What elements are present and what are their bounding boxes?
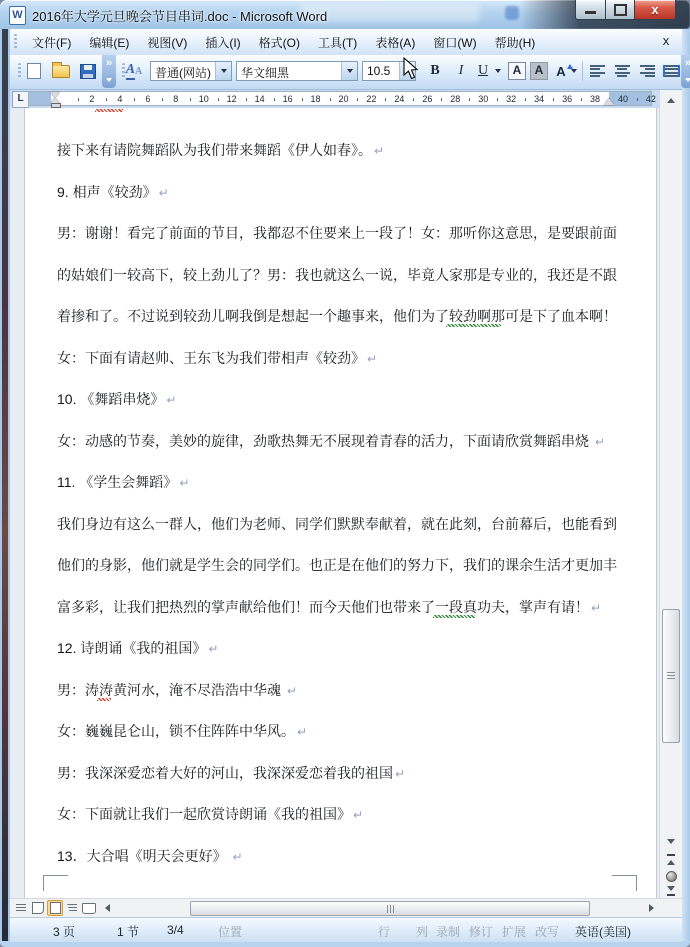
distributed-justify-icon xyxy=(663,65,680,77)
maximize-button[interactable] xyxy=(606,0,634,20)
tab-selector-button[interactable]: L xyxy=(12,91,29,108)
align-left-icon xyxy=(590,65,605,77)
status-page-of-total: 3/4 xyxy=(167,923,184,937)
chevron-down-icon xyxy=(106,78,112,82)
thumb-grip-icon xyxy=(667,672,675,680)
font-combobox[interactable]: 华文细黑 xyxy=(236,61,358,81)
reading-layout-icon xyxy=(82,903,96,914)
open-folder-icon xyxy=(52,65,70,78)
ruler-tick xyxy=(246,98,247,101)
ruler-tick xyxy=(637,98,638,101)
double-arrow-up-icon xyxy=(667,860,675,865)
outline-view-button[interactable] xyxy=(64,900,80,916)
document-line: 女：巍巍昆仑山，锁不住阵阵中华风。↵ xyxy=(57,721,632,741)
line-text: 10. 《舞蹈串烧》 xyxy=(57,391,164,407)
ruler-number: 18 xyxy=(308,94,324,104)
italic-button[interactable]: I xyxy=(450,60,472,82)
paragraph-mark: ↵ xyxy=(159,186,169,200)
mouse-cursor xyxy=(403,57,420,86)
ruler-tick xyxy=(385,98,386,101)
close-button[interactable]: x xyxy=(634,0,676,20)
ruler-number: 38 xyxy=(587,94,603,104)
ruler-number: 2 xyxy=(84,94,100,104)
line-text: 富多彩，让我们把热烈的掌声献给他们！而今天他们也带来了一段真功夫，掌声有请！ xyxy=(57,599,589,615)
ruler-tick xyxy=(553,98,554,101)
overflow-chevron-icon: » xyxy=(681,58,690,69)
background-window-icon-blur xyxy=(505,6,519,20)
print-layout-icon xyxy=(50,902,61,914)
word-window: W 2016年大学元旦晚会节目串词.doc - Microsoft Word x… xyxy=(0,0,690,947)
normal-view-button[interactable] xyxy=(13,900,29,916)
paragraph-mark: ↵ xyxy=(353,808,363,822)
next-page-button[interactable] xyxy=(662,882,680,898)
minimize-button[interactable] xyxy=(575,0,606,20)
chevron-down-icon xyxy=(221,69,227,73)
menu-item[interactable]: 表格(A) xyxy=(366,30,424,55)
save-button[interactable] xyxy=(77,60,99,82)
ruler-tick xyxy=(134,98,135,101)
window-title: 2016年大学元旦晚会节目串词.doc - Microsoft Word xyxy=(32,6,327,25)
paragraph-mark: ↵ xyxy=(179,476,189,490)
status-extend-selection[interactable]: 扩展 xyxy=(502,923,526,940)
chevron-down-icon xyxy=(571,69,577,73)
character-shading-button[interactable]: A xyxy=(528,60,550,82)
style-value: 普通(网站) xyxy=(151,62,215,80)
document-line: 的姑娘们一较高下，较上劲儿了？男：我也就这么一说，毕竟人家那是专业的，我还是不跟 xyxy=(57,265,632,285)
vertical-scroll-thumb[interactable] xyxy=(662,609,680,743)
horizontal-scroll-thumb[interactable] xyxy=(190,901,590,916)
menu-item[interactable]: 视图(V) xyxy=(138,30,196,55)
italic-icon: I xyxy=(459,63,464,79)
ruler-tick xyxy=(357,98,358,101)
style-combobox[interactable]: 普通(网站) xyxy=(150,61,232,81)
paragraph-mark: ↵ xyxy=(166,393,176,407)
minimize-icon xyxy=(585,11,596,14)
status-column: 列 xyxy=(416,923,428,940)
line-text: 11. 《学生会舞蹈》 xyxy=(57,474,177,490)
menu-item[interactable]: 格式(O) xyxy=(250,30,309,55)
spellcheck-squiggle xyxy=(97,698,111,701)
chevron-down-icon xyxy=(685,78,690,82)
line-text: 他们的身影，他们就是学生会的同学们。也正是在他们的努力下，我们的课余生活才更加丰 xyxy=(57,557,617,573)
ruler-tick xyxy=(162,98,163,101)
double-arrow-down-icon xyxy=(667,886,675,891)
paragraph-mark: ↵ xyxy=(287,684,297,698)
styles-icon: A xyxy=(126,62,135,80)
document-viewport: 接下来有请院舞蹈队为我们带来舞蹈《伊人如春》。↵9. 相声《较劲》↵男：谢谢！看… xyxy=(10,108,659,898)
document-line: 男：谢谢！看完了前面的节目，我都忍不住要来上一段了！女：那听你这意思，是要跟前面 xyxy=(57,223,632,243)
document-line: 12. 诗朗诵《我的祖国》↵ xyxy=(57,638,632,658)
status-record-macro[interactable]: 录制 xyxy=(436,923,460,940)
toolbar-row: » AA 普通(网站) 华文细黑 10.5 B I U A A xyxy=(10,55,682,90)
paragraph-mark: ↵ xyxy=(232,850,242,864)
document-line: 13．大合唱《明天会更好》 ↵ xyxy=(57,846,632,866)
menu-bar: 文件(F)编辑(E)视图(V)插入(I)格式(O)工具(T)表格(A)窗口(W)… xyxy=(10,29,682,56)
ruler-number: 40 xyxy=(615,94,631,104)
paragraph-mark: ↵ xyxy=(208,642,218,656)
align-center-button[interactable] xyxy=(611,60,633,82)
vertical-scrollbar[interactable] xyxy=(659,90,682,898)
distributed-justify-button[interactable] xyxy=(660,60,682,82)
styles-and-formatting-button[interactable]: AA xyxy=(123,60,145,82)
chevron-down-icon xyxy=(495,69,501,73)
ruler-left-margin-shade xyxy=(29,92,51,105)
ruler-tick xyxy=(581,98,582,101)
margin-corner-mark-left xyxy=(43,875,68,891)
ruler-number: 8 xyxy=(168,94,184,104)
character-border-button[interactable]: A xyxy=(506,60,528,82)
window-border-left-shadow xyxy=(2,29,8,941)
print-layout-view-button[interactable] xyxy=(47,900,63,916)
character-shading-icon: A xyxy=(530,62,548,80)
ruler-tick xyxy=(274,98,275,101)
spellcheck-squiggle xyxy=(95,109,123,112)
bold-icon: B xyxy=(430,63,439,79)
ruler-tick xyxy=(413,98,414,101)
document-line: 10. 《舞蹈串烧》↵ xyxy=(57,389,632,409)
line-text: 女：下面就让我们一起欣赏诗朗诵《我的祖国》 xyxy=(57,806,351,822)
ruler-number: 16 xyxy=(280,94,296,104)
web-layout-view-button[interactable] xyxy=(30,900,46,916)
titlebar[interactable]: W 2016年大学元旦晚会节目串词.doc - Microsoft Word x xyxy=(0,0,690,29)
ruler-number: 22 xyxy=(363,94,379,104)
status-language[interactable]: 英语(美国) xyxy=(575,923,631,940)
spellcheck-squiggle xyxy=(446,324,501,327)
paragraph-mark: ↵ xyxy=(395,767,405,781)
document-line: 接下来有请院舞蹈队为我们带来舞蹈《伊人如春》。↵ xyxy=(57,140,632,160)
font-size-value: 10.5 xyxy=(363,62,399,80)
font-combo-arrow[interactable] xyxy=(341,62,357,80)
character-scaling-icon: A xyxy=(556,64,565,79)
client-area: 文件(F)编辑(E)视图(V)插入(I)格式(O)工具(T)表格(A)窗口(W)… xyxy=(10,29,682,941)
status-track-changes[interactable]: 修订 xyxy=(469,923,493,940)
document-line: 女：动感的节奏，美妙的旋律，劲歌热舞无不展现着青春的活力，下面请欣赏舞蹈串烧 ↵ xyxy=(57,431,632,451)
bold-button[interactable]: B xyxy=(424,60,446,82)
paragraph-mark: ↵ xyxy=(595,435,605,449)
style-combo-arrow[interactable] xyxy=(215,62,231,80)
ruler-number: 34 xyxy=(531,94,547,104)
paragraph-mark: ↵ xyxy=(591,601,601,615)
ruler-number: 12 xyxy=(224,94,240,104)
document-page[interactable]: 接下来有请院舞蹈队为我们带来舞蹈《伊人如春》。↵9. 相声《较劲》↵男：谢谢！看… xyxy=(25,108,656,898)
paragraph-mark: ↵ xyxy=(297,725,307,739)
document-line: 富多彩，让我们把热烈的掌声献给他们！而今天他们也带来了一段真功夫，掌声有请！↵ xyxy=(57,597,632,617)
scroll-left-button[interactable] xyxy=(99,900,115,916)
standard-toolbar-overflow-button[interactable]: » xyxy=(102,55,116,88)
underline-button[interactable]: U xyxy=(472,60,494,82)
ruler-number: 14 xyxy=(252,94,268,104)
ruler-number: 24 xyxy=(391,94,407,104)
ruler-tick xyxy=(441,98,442,101)
document-line: 11. 《学生会舞蹈》↵ xyxy=(57,472,632,492)
menu-item[interactable]: 插入(I) xyxy=(196,30,249,55)
scroll-right-button[interactable] xyxy=(643,900,659,916)
menu-item[interactable]: 帮助(H) xyxy=(486,30,545,55)
character-border-icon: A xyxy=(508,62,526,80)
align-left-button[interactable] xyxy=(586,60,608,82)
status-section: 1 节 xyxy=(117,923,139,940)
menu-items: 文件(F)编辑(E)视图(V)插入(I)格式(O)工具(T)表格(A)窗口(W)… xyxy=(23,30,544,55)
status-line: 行 xyxy=(378,923,390,940)
maximize-icon xyxy=(614,4,627,16)
line-text: 女：下面有请赵帅、王东飞为我们带相声《较劲》 xyxy=(57,350,365,366)
browse-ball-icon xyxy=(666,871,677,882)
window-border-right xyxy=(682,29,690,941)
ruler-tick xyxy=(330,98,331,101)
ruler-tick xyxy=(469,98,470,101)
new-document-icon xyxy=(27,63,41,79)
line-text: 13．大合唱《明天会更好》 xyxy=(57,848,230,864)
chevron-down-icon xyxy=(347,69,353,73)
line-text: 男：涛涛黄河水，淹不尽浩浩中华魂 xyxy=(57,682,285,698)
line-text: 我们身边有这么一群人，他们为老师、同学们默默奉献着，就在此刻，台前幕后，也能看到 xyxy=(57,516,617,532)
spellcheck-squiggle xyxy=(433,615,475,618)
right-indent-marker[interactable] xyxy=(604,98,614,105)
menu-item[interactable]: 文件(F) xyxy=(23,30,80,55)
line-text: 的姑娘们一较高下，较上劲儿了？男：我也就这么一说，毕竟人家那是专业的，我还是不跟 xyxy=(57,267,617,283)
ruler-number: 36 xyxy=(559,94,575,104)
save-floppy-icon xyxy=(80,64,96,79)
horizontal-scrollbar-row xyxy=(10,898,682,917)
ruler-number: 20 xyxy=(336,94,352,104)
ruler-number: 26 xyxy=(419,94,435,104)
character-scaling-dropdown-arrow[interactable] xyxy=(568,64,579,78)
align-center-icon xyxy=(615,65,630,77)
document-line: 男：我深深爱恋着大好的河山，我深深爱恋着我的祖国↵ xyxy=(57,763,632,783)
ruler-tick xyxy=(497,98,498,101)
document-line: 他们的身影，他们就是学生会的同学们。也正是在他们的努力下，我们的课余生活才更加丰 xyxy=(57,555,632,575)
ruler-number: 32 xyxy=(503,94,519,104)
word-app-icon: W xyxy=(9,6,26,25)
line-text: 12. 诗朗诵《我的祖国》 xyxy=(57,640,206,656)
line-text: 男：谢谢！看完了前面的节目，我都忍不住要来上一段了！女：那听你这意思，是要跟前面 xyxy=(57,225,617,241)
menu-item[interactable]: 工具(T) xyxy=(309,30,366,55)
ruler-tick xyxy=(525,98,526,101)
document-line: 着掺和了。不过说到较劲儿啊我倒是想起一个趣事来，他们为了较劲啊那可是下了血本啊！ xyxy=(57,306,632,326)
ruler-number: 6 xyxy=(140,94,156,104)
scroll-down-button[interactable] xyxy=(662,833,680,849)
line-text: 女：动感的节奏，美妙的旋律，劲歌热舞无不展现着青春的活力，下面请欣赏舞蹈串烧 xyxy=(57,433,593,449)
standard-toolbar-handle[interactable] xyxy=(18,63,21,79)
ruler-tick xyxy=(106,98,107,101)
status-page-count: 3 页 xyxy=(53,923,75,940)
document-line: 女：下面就让我们一起欣赏诗朗诵《我的祖国》↵ xyxy=(57,804,632,824)
document-line: 男：涛涛黄河水，淹不尽浩浩中华魂 ↵ xyxy=(57,680,632,700)
bar-icon xyxy=(667,854,675,856)
outline-view-icon xyxy=(67,904,77,913)
line-text: 男：我深深爱恋着大好的河山，我深深爱恋着我的祖国 xyxy=(57,765,393,781)
underline-icon: U xyxy=(478,63,488,79)
ruler-row: L 24681012141618202224262830323436384042 xyxy=(10,90,682,108)
line-text: 女：巍巍昆仑山，锁不住阵阵中华风。 xyxy=(57,723,295,739)
web-layout-icon xyxy=(32,902,44,914)
bar-icon xyxy=(667,894,675,896)
paragraph-mark: ↵ xyxy=(374,144,384,158)
formatting-toolbar-overflow-button[interactable]: » xyxy=(681,55,690,88)
scroll-up-button[interactable] xyxy=(662,92,680,108)
ruler-tick xyxy=(78,98,79,101)
line-text: 接下来有请院舞蹈队为我们带来舞蹈《伊人如春》。 xyxy=(57,142,372,158)
document-line: 我们身边有这么一群人，他们为老师、同学们默默奉献着，就在此刻，台前幕后，也能看到 xyxy=(57,514,632,534)
line-text: 着掺和了。不过说到较劲儿啊我倒是想起一个趣事来，他们为了较劲啊那可是下了血本啊！ xyxy=(57,308,617,324)
ruler-number: 28 xyxy=(447,94,463,104)
previous-page-button[interactable] xyxy=(662,852,680,868)
toolbar-separator xyxy=(582,61,583,81)
menu-item[interactable]: 编辑(E) xyxy=(80,30,138,55)
ruler-number: 30 xyxy=(475,94,491,104)
overflow-chevron-icon: » xyxy=(102,58,116,69)
ruler-number: 10 xyxy=(196,94,212,104)
arrow-down-icon xyxy=(667,839,675,844)
menu-item[interactable]: 窗口(W) xyxy=(424,30,485,55)
arrow-right-icon xyxy=(649,904,654,912)
status-overtype[interactable]: 改写 xyxy=(535,923,559,940)
ruler-tick xyxy=(218,98,219,101)
reading-layout-view-button[interactable] xyxy=(81,900,97,916)
new-document-button[interactable] xyxy=(23,60,45,82)
styles-icon-small: A xyxy=(135,66,142,77)
document-line: 女：下面有请赵帅、王东飞为我们带相声《较劲》↵ xyxy=(57,348,632,368)
status-position: 位置 xyxy=(218,923,242,940)
menu-drag-handle[interactable] xyxy=(14,34,17,50)
document-close-button[interactable]: x xyxy=(658,33,674,48)
arrow-up-icon xyxy=(667,98,675,103)
align-right-button[interactable] xyxy=(636,60,658,82)
font-value: 华文细黑 xyxy=(237,62,341,80)
thumb-grip-icon xyxy=(387,905,395,913)
open-button[interactable] xyxy=(50,60,72,82)
paragraph-mark: ↵ xyxy=(367,352,377,366)
status-bar: 3 页1 节3/4位置行列录制修订扩展改写英语(美国) xyxy=(10,917,682,942)
normal-view-icon xyxy=(16,904,26,913)
ruler-tick xyxy=(302,98,303,101)
window-controls: x xyxy=(575,0,676,20)
arrow-left-icon xyxy=(105,904,110,912)
document-line: 9. 相声《较劲》↵ xyxy=(57,182,632,202)
ruler-number: 42 xyxy=(643,94,659,104)
underline-dropdown-arrow[interactable] xyxy=(492,64,503,78)
margin-corner-mark-right xyxy=(612,875,637,891)
line-text: 9. 相声《较劲》 xyxy=(57,184,157,200)
align-right-icon xyxy=(640,65,655,77)
close-icon: x xyxy=(651,2,658,17)
ruler-tick xyxy=(190,98,191,101)
horizontal-ruler[interactable]: 24681012141618202224262830323436384042 xyxy=(28,91,652,106)
ruler-number: 4 xyxy=(112,94,128,104)
